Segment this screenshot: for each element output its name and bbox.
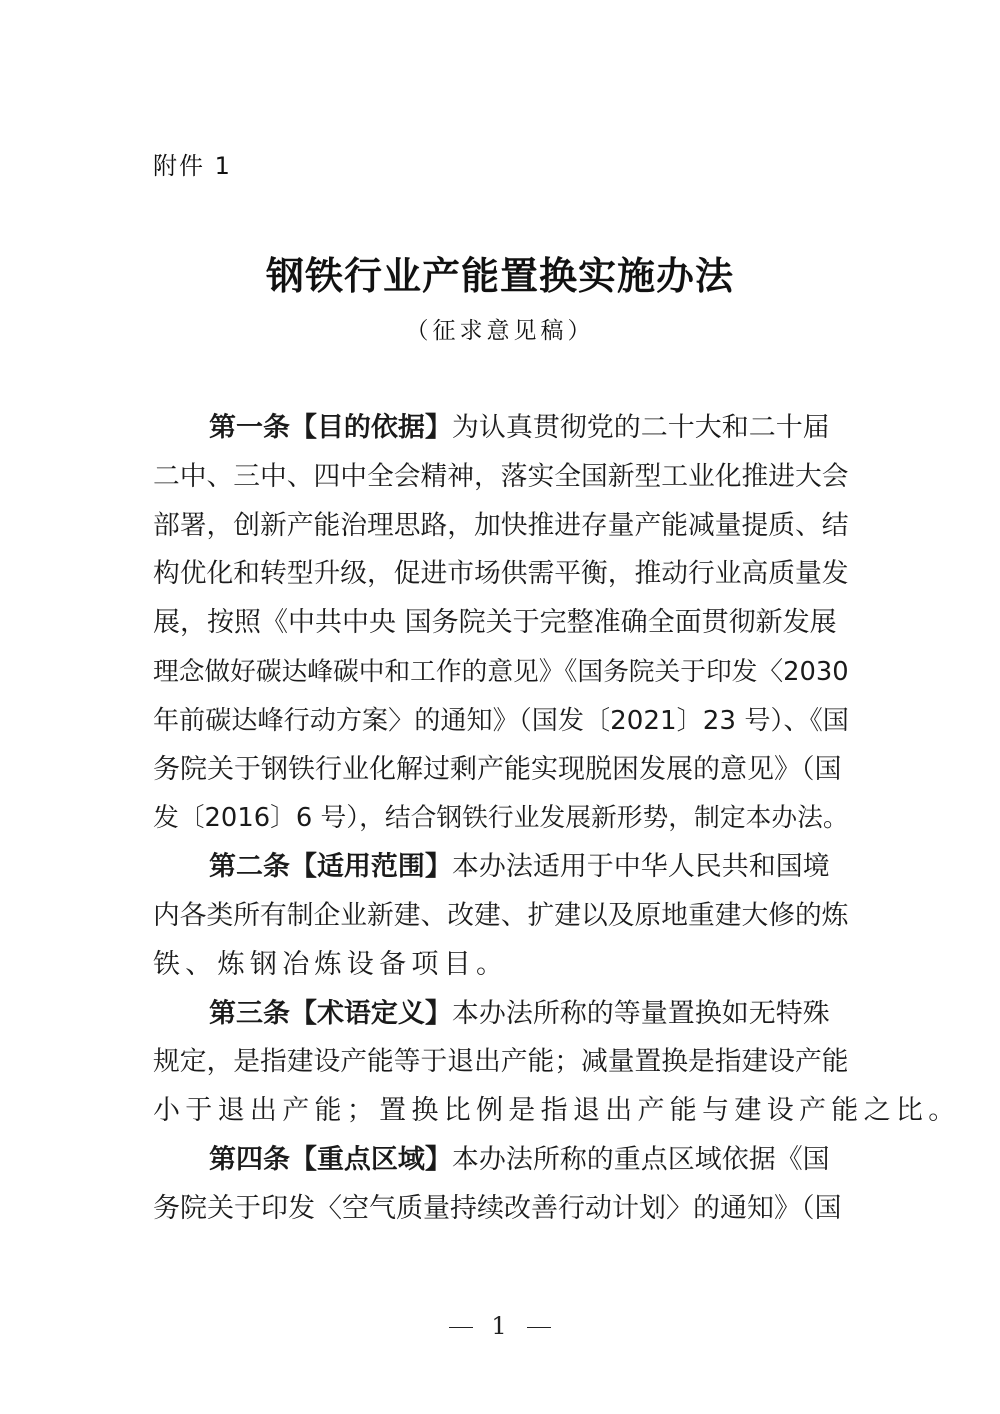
article-1-line-1: 第一条【目的依据】为认真贯彻党的二十大和二十届 — [153, 404, 849, 453]
article-4-line-1: 第四条【重点区域】本办法所称的重点区域依据《国 — [153, 1136, 849, 1185]
article-heading: 第三条【术语定义】 — [209, 998, 452, 1029]
article-text: 本办法所称的重点区域依据《国 — [452, 1144, 830, 1175]
document-body: 第一条【目的依据】为认真贯彻党的二十大和二十届 二中、三中、四中全会精神，落实全… — [153, 404, 853, 1234]
document-title: 钢铁行业产能置换实施办法 — [0, 245, 1000, 300]
article-2-line-1: 第二条【适用范围】本办法适用于中华人民共和国境 — [153, 843, 849, 892]
attachment-label: 附件 1 — [153, 146, 232, 181]
footer-dash-left — [449, 1327, 473, 1329]
article-line: 内各类所有制企业新建、改建、扩建以及原地重建大修的炼 — [153, 892, 849, 941]
article-3-line-1: 第三条【术语定义】本办法所称的等量置换如无特殊 — [153, 990, 849, 1039]
article-line: 铁、炼钢冶炼设备项目。 — [153, 941, 849, 990]
article-text: 为认真贯彻党的二十大和二十届 — [452, 412, 830, 443]
article-line: 二中、三中、四中全会精神，落实全国新型工业化推进大会 — [153, 453, 849, 502]
document-page: 附件 1 钢铁行业产能置换实施办法 （征求意见稿） 第一条【目的依据】为认真贯彻… — [0, 0, 1000, 1414]
document-subtitle: （征求意见稿） — [0, 312, 1000, 345]
article-line: 发〔2016〕6 号），结合钢铁行业发展新形势，制定本办法。 — [153, 794, 849, 843]
article-line: 展，按照《中共中央 国务院关于完整准确全面贯彻新发展 — [153, 599, 849, 648]
page-footer: 1 — [0, 1312, 1000, 1340]
article-line: 构优化和转型升级，促进市场供需平衡，推动行业高质量发 — [153, 550, 849, 599]
article-text: 本办法适用于中华人民共和国境 — [452, 851, 830, 882]
article-line: 部署，创新产能治理思路，加快推进存量产能减量提质、结 — [153, 502, 849, 551]
article-line: 小于退出产能；置换比例是指退出产能与建设产能之比。 — [153, 1087, 849, 1136]
article-heading: 第二条【适用范围】 — [209, 851, 452, 882]
article-text: 本办法所称的等量置换如无特殊 — [452, 998, 830, 1029]
article-line: 理念做好碳达峰碳中和工作的意见》《国务院关于印发〈2030 — [153, 648, 849, 697]
article-heading: 第四条【重点区域】 — [209, 1144, 452, 1175]
article-line: 规定，是指建设产能等于退出产能；减量置换是指建设产能 — [153, 1038, 849, 1087]
article-line: 务院关于印发〈空气质量持续改善行动计划〉的通知》（国 — [153, 1185, 849, 1234]
article-heading: 第一条【目的依据】 — [209, 412, 452, 443]
article-line: 务院关于钢铁行业化解过剩产能实现脱困发展的意见》（国 — [153, 746, 849, 795]
footer-dash-right — [527, 1327, 551, 1329]
article-line: 年前碳达峰行动方案〉的通知》（国发〔2021〕23 号）、《国 — [153, 697, 849, 746]
page-number: 1 — [491, 1312, 508, 1340]
